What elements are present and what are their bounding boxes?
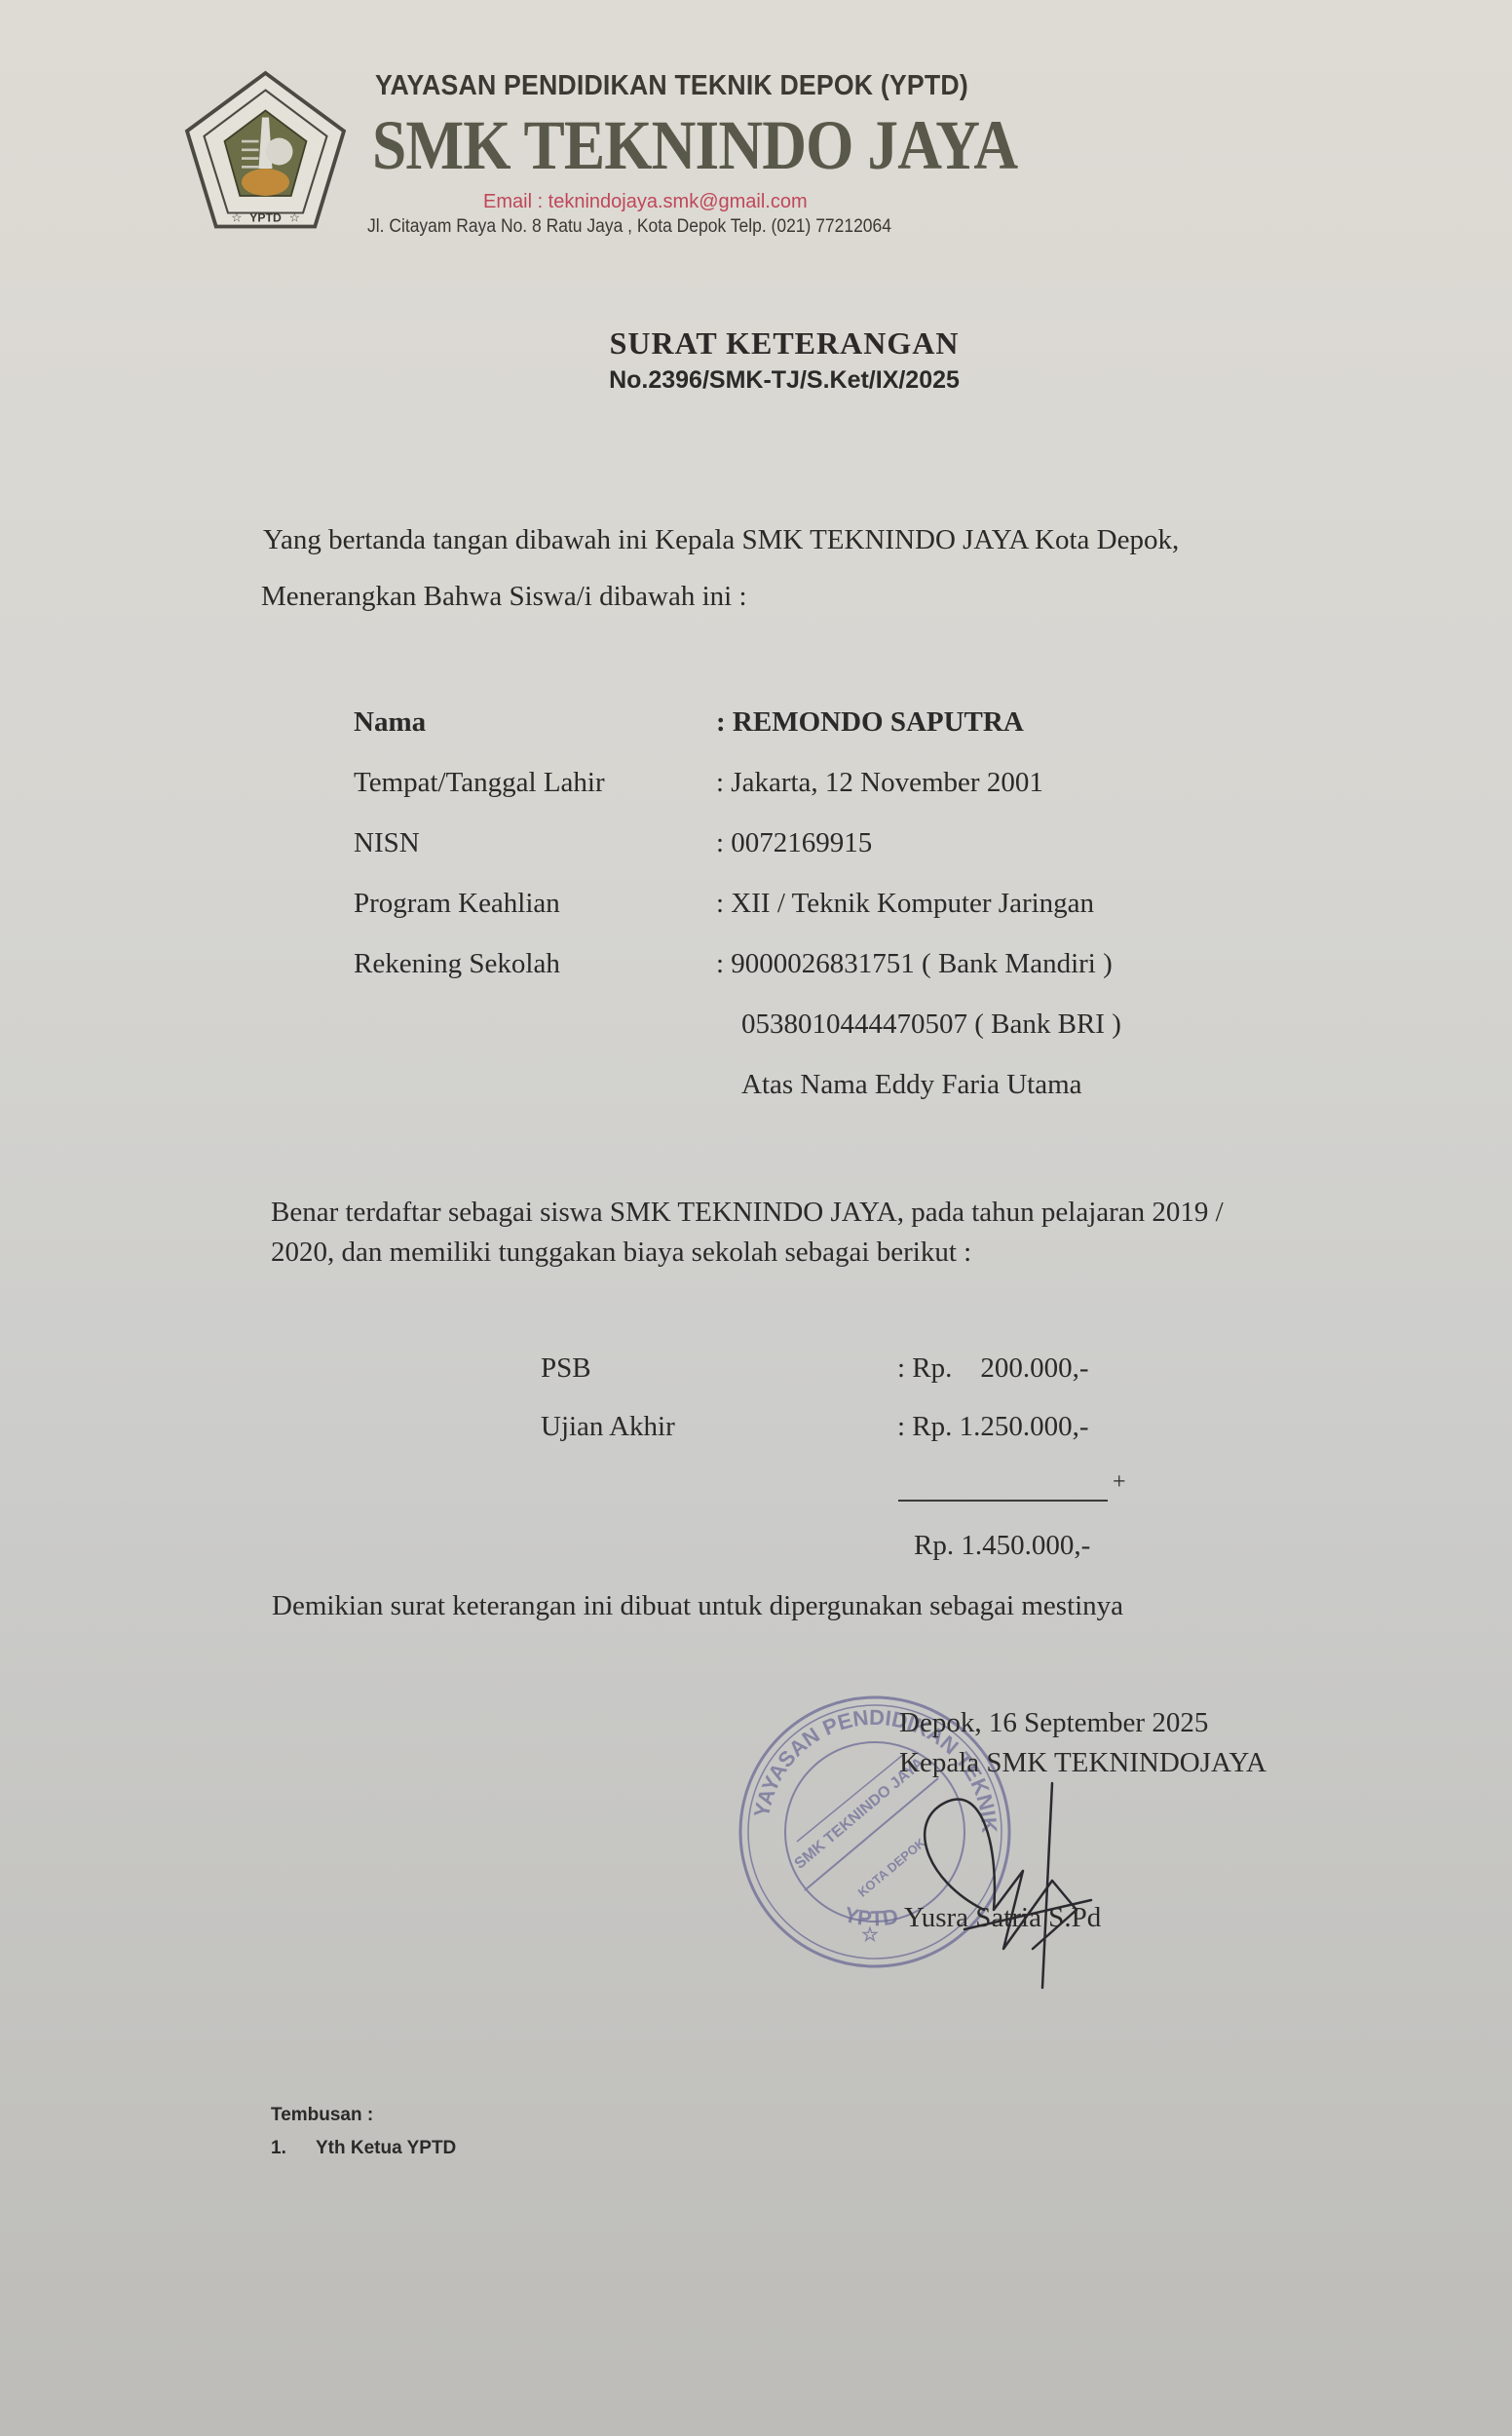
sum-divider xyxy=(898,1500,1108,1502)
plus-sign: + xyxy=(1113,1469,1126,1496)
handwritten-signature xyxy=(906,1764,1130,1998)
cc-item: 1.Yth Ketua YPTD xyxy=(271,2138,456,2159)
document-title: SURAT KETERANGAN xyxy=(0,325,1512,362)
fee-label: PSB xyxy=(541,1352,591,1385)
school-name: SMK TEKNINDO JAYA xyxy=(372,105,1017,186)
detail-label: NISN xyxy=(354,827,420,859)
school-logo: YPTD ☆ ☆ xyxy=(180,66,351,237)
intro-line-2: Menerangkan Bahwa Siswa/i dibawah ini : xyxy=(261,581,747,613)
svg-text:☆: ☆ xyxy=(289,210,300,224)
detail-value: 0538010444470507 ( Bank BRI ) xyxy=(741,1009,1121,1041)
svg-text:☆: ☆ xyxy=(861,1924,879,1946)
document-number: No.2396/SMK-TJ/S.Ket/IX/2025 xyxy=(0,366,1512,395)
fee-amount: : Rp. 200.000,- xyxy=(897,1352,1089,1385)
fee-amount: : Rp. 1.250.000,- xyxy=(897,1411,1089,1443)
school-address: Jl. Citayam Raya No. 8 Ratu Jaya , Kota … xyxy=(367,216,891,238)
signature-scribble-icon xyxy=(906,1764,1130,1998)
detail-label: Nama xyxy=(354,706,426,739)
detail-value: : Jakarta, 12 November 2001 xyxy=(716,767,1043,799)
cc-title: Tembusan : xyxy=(271,2105,373,2126)
cc-item-number: 1. xyxy=(271,2138,316,2159)
detail-value: : 9000026831751 ( Bank Mandiri ) xyxy=(716,948,1113,980)
detail-value: : 0072169915 xyxy=(716,827,872,859)
detail-label: Tempat/Tanggal Lahir xyxy=(354,767,605,799)
intro-line-1: Yang bertanda tangan dibawah ini Kepala … xyxy=(263,524,1179,556)
statement-line-1: Benar terdaftar sebagai siswa SMK TEKNIN… xyxy=(271,1197,1224,1229)
svg-text:YPTD: YPTD xyxy=(249,210,282,224)
detail-value: : REMONDO SAPUTRA xyxy=(716,706,1024,739)
cc-item-text: Yth Ketua YPTD xyxy=(316,2138,456,2158)
signer-name: Yusra Satria S.Pd xyxy=(904,1902,1101,1934)
school-email: Email : teknindojaya.smk@gmail.com xyxy=(483,191,808,213)
svg-text:☆: ☆ xyxy=(231,210,242,224)
detail-value: Atas Nama Eddy Faria Utama xyxy=(741,1069,1082,1101)
statement-line-2: 2020, dan memiliki tunggakan biaya sekol… xyxy=(271,1237,971,1269)
detail-label: Program Keahlian xyxy=(354,888,560,920)
foundation-name: YAYASAN PENDIDIKAN TEKNIK DEPOK (YPTD) xyxy=(375,70,968,102)
place-and-date: Depok, 16 September 2025 xyxy=(899,1707,1208,1739)
pentagon-emblem-icon: YPTD ☆ ☆ xyxy=(180,66,351,237)
detail-value: : XII / Teknik Komputer Jaringan xyxy=(716,888,1094,920)
closing-statement: Demikian surat keterangan ini dibuat unt… xyxy=(272,1590,1123,1622)
fee-total: Rp. 1.450.000,- xyxy=(914,1530,1090,1562)
detail-label: Rekening Sekolah xyxy=(354,948,560,980)
fee-label: Ujian Akhir xyxy=(541,1411,675,1443)
